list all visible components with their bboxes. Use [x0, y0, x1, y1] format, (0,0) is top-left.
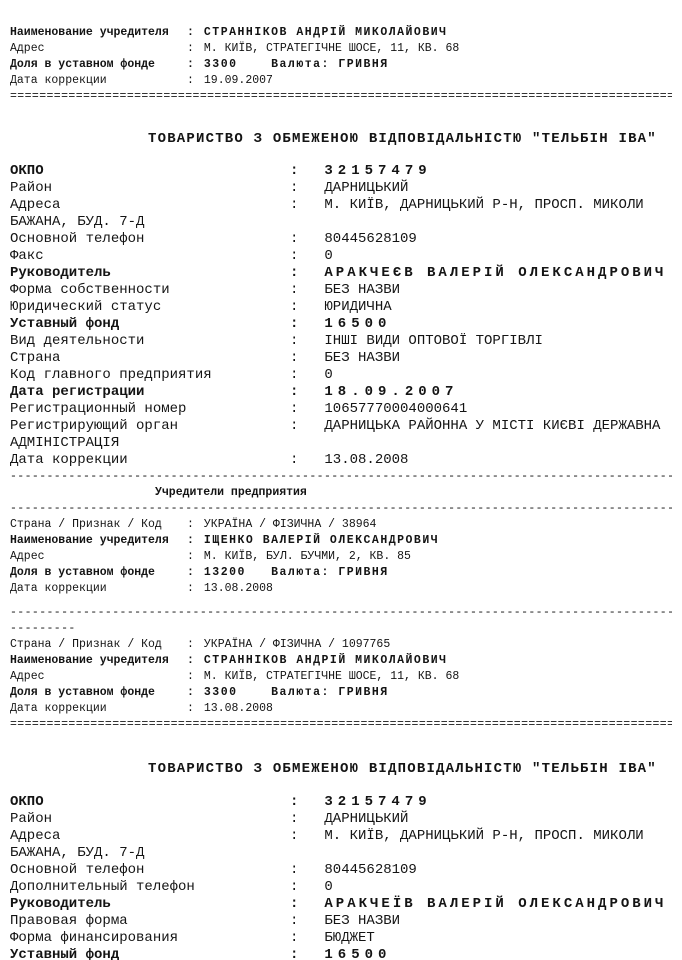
field-value: 18.09.2007 — [324, 384, 458, 401]
field-row: Наименование учредителя:СТРАННІКОВ АНДРІ… — [10, 653, 672, 669]
colon: : — [290, 333, 298, 350]
field-label: Адреса — [10, 197, 290, 214]
field-row: Страна / Признак / Код:УКРАЇНА / ФІЗИЧНА… — [10, 637, 672, 653]
separator-double: ========================================… — [10, 89, 672, 105]
field-value: М. КИЇВ, СТРАТЕГІЧНЕ ШОСЕ, 11, КВ. 68 — [204, 41, 459, 57]
field-label: Адрес — [10, 549, 187, 565]
field-label: Доля в уставном фонде — [10, 565, 187, 581]
field-label: Адрес — [10, 41, 187, 57]
field-label: Адреса — [10, 828, 290, 845]
field-label: Вид деятельности — [10, 333, 290, 350]
colon: : — [187, 533, 194, 549]
field-label: Наименование учредителя — [10, 653, 187, 669]
field-row: Район:ДАРНИЦЬКИЙ — [10, 180, 672, 197]
field-row: Доля в уставном фонде:3300 Валюта: ГРИВН… — [10, 685, 672, 701]
field-row: Правовая форма:БЕЗ НАЗВИ — [10, 913, 672, 930]
separator-dashed-wrap: --------- — [10, 621, 672, 637]
company-title: ТОВАРИСТВО З ОБМЕЖЕНОЮ ВІДПОВІДАЛЬНІСТЮ … — [10, 131, 672, 148]
field-row: Регистрирующий орган:ДАРНИЦЬКА РАЙОННА У… — [10, 418, 672, 435]
field-row: Факс:0 — [10, 248, 672, 265]
colon: : — [290, 947, 298, 960]
field-value: АРАКЧЕЄВ ВАЛЕРІЙ ОЛЕКСАНДРОВИЧ — [324, 265, 666, 282]
field-row: Район:ДАРНИЦЬКИЙ — [10, 811, 672, 828]
field-value: 0 — [324, 367, 332, 384]
field-row: Страна:БЕЗ НАЗВИ — [10, 350, 672, 367]
field-row: Страна / Признак / Код:УКРАЇНА / ФІЗИЧНА… — [10, 517, 672, 533]
field-row: Форма финансирования:БЮДЖЕТ — [10, 930, 672, 947]
field-row: АДМІНІСТРАЦІЯ — [10, 435, 672, 452]
colon: : — [187, 685, 194, 701]
field-value: ДАРНИЦЬКА РАЙОННА У МІСТІ КИЄВІ ДЕРЖАВНА — [324, 418, 660, 435]
field-value: 13.08.2008 — [204, 581, 273, 597]
field-row: Форма собственности:БЕЗ НАЗВИ — [10, 282, 672, 299]
founder-record-2: Страна / Признак / Код:УКРАЇНА / ФІЗИЧНА… — [10, 637, 672, 717]
colon: : — [290, 401, 298, 418]
separator-dashed: ----------------------------------------… — [10, 469, 672, 485]
field-label: Дата коррекции — [10, 73, 187, 89]
field-label: Доля в уставном фонде — [10, 57, 187, 73]
field-row: Основной телефон:80445628109 — [10, 231, 672, 248]
field-row: Дата коррекции:13.08.2008 — [10, 701, 672, 717]
field-row: Код главного предприятия:0 — [10, 367, 672, 384]
field-row: Основной телефон:80445628109 — [10, 862, 672, 879]
field-label: Наименование учредителя — [10, 533, 187, 549]
field-row: Адрес:М. КИЇВ, СТРАТЕГІЧНЕ ШОСЕ, 11, КВ.… — [10, 41, 672, 57]
colon: : — [187, 549, 194, 565]
field-label: Регистрирующий орган — [10, 418, 290, 435]
colon: : — [290, 879, 298, 896]
field-row: Дополнительный телефон:0 — [10, 879, 672, 896]
field-value: БЕЗ НАЗВИ — [324, 350, 400, 367]
colon: : — [187, 517, 194, 533]
founders-section-header: Учредители предприятия — [10, 485, 672, 501]
field-row: БАЖАНА, БУД. 7-Д — [10, 214, 672, 231]
founder-record-1: Страна / Признак / Код:УКРАЇНА / ФІЗИЧНА… — [10, 517, 672, 597]
field-value: 3300 Валюта: ГРИВНЯ — [204, 685, 389, 701]
founder-record-top: Наименование учредителя:СТРАННІКОВ АНДРІ… — [10, 25, 672, 89]
field-label: Руководитель — [10, 896, 290, 913]
field-value: УКРАЇНА / ФІЗИЧНА / 1097765 — [204, 637, 390, 653]
field-value: М. КИЇВ, БУЛ. БУЧМИ, 2, КВ. 85 — [204, 549, 411, 565]
field-row: ОКПО:32157479 — [10, 794, 672, 811]
field-label: ОКПО — [10, 794, 290, 811]
field-value: 32157479 — [324, 163, 431, 180]
field-value: БЮДЖЕТ — [324, 930, 374, 947]
colon: : — [187, 581, 194, 597]
colon: : — [290, 265, 298, 282]
colon: : — [290, 180, 298, 197]
field-value: 80445628109 — [324, 862, 416, 879]
field-label: Доля в уставном фонде — [10, 685, 187, 701]
field-value: ЮРИДИЧНА — [324, 299, 391, 316]
field-value: СТРАННІКОВ АНДРІЙ МИКОЛАЙОВИЧ — [204, 25, 448, 41]
colon: : — [290, 248, 298, 265]
field-value-continuation: АДМІНІСТРАЦІЯ — [10, 435, 119, 452]
field-value: ІЩЕНКО ВАЛЕРІЙ ОЛЕКСАНДРОВИЧ — [204, 533, 439, 549]
field-value: 13.08.2008 — [204, 701, 273, 717]
field-label: Основной телефон — [10, 231, 290, 248]
field-label: Район — [10, 811, 290, 828]
field-value: ДАРНИЦЬКИЙ — [324, 180, 408, 197]
field-label: Форма собственности — [10, 282, 290, 299]
field-row: Наименование учредителя:ІЩЕНКО ВАЛЕРІЙ О… — [10, 533, 672, 549]
colon: : — [187, 637, 194, 653]
colon: : — [290, 163, 298, 180]
colon: : — [290, 350, 298, 367]
field-label: Район — [10, 180, 290, 197]
field-label: Уставный фонд — [10, 947, 290, 960]
colon: : — [187, 41, 194, 57]
colon: : — [290, 811, 298, 828]
field-value-continuation: БАЖАНА, БУД. 7-Д — [10, 214, 144, 231]
field-label: Уставный фонд — [10, 316, 290, 333]
colon: : — [187, 701, 194, 717]
field-label: Дата коррекции — [10, 701, 187, 717]
field-row: Дата коррекции:13.08.2008 — [10, 581, 672, 597]
company-record-2: ОКПО:32157479 Район:ДАРНИЦЬКИЙ Адреса:М.… — [10, 794, 672, 960]
field-value: ДАРНИЦЬКИЙ — [324, 811, 408, 828]
field-value: 13.08.2008 — [324, 452, 408, 469]
field-label: Факс — [10, 248, 290, 265]
field-row: Адреса:М. КИЇВ, ДАРНИЦЬКИЙ Р-Н, ПРОСП. М… — [10, 828, 672, 845]
field-label: Дополнительный телефон — [10, 879, 290, 896]
colon: : — [290, 282, 298, 299]
field-row: Адрес:М. КИЇВ, БУЛ. БУЧМИ, 2, КВ. 85 — [10, 549, 672, 565]
registry-document: Наименование учредителя:СТРАННІКОВ АНДРІ… — [0, 0, 682, 960]
field-row: Дата коррекции:13.08.2008 — [10, 452, 672, 469]
field-value: СТРАННІКОВ АНДРІЙ МИКОЛАЙОВИЧ — [204, 653, 448, 669]
colon: : — [290, 316, 298, 333]
colon: : — [290, 828, 298, 845]
field-label: Страна — [10, 350, 290, 367]
field-value: 32157479 — [324, 794, 431, 811]
field-row: Дата коррекции:19.09.2007 — [10, 73, 672, 89]
field-label: ОКПО — [10, 163, 290, 180]
separator-dashed: ----------------------------------------… — [10, 605, 672, 621]
field-label: Адрес — [10, 669, 187, 685]
field-label: Дата коррекции — [10, 581, 187, 597]
field-row: Уставный фонд:16500 — [10, 947, 672, 960]
colon: : — [187, 565, 194, 581]
colon: : — [187, 669, 194, 685]
colon: : — [290, 197, 298, 214]
field-value: 0 — [324, 248, 332, 265]
field-label: Правовая форма — [10, 913, 290, 930]
field-row: ОКПО:32157479 — [10, 163, 672, 180]
colon: : — [187, 25, 194, 41]
field-value: 13200 Валюта: ГРИВНЯ — [204, 565, 389, 581]
field-label: Код главного предприятия — [10, 367, 290, 384]
colon: : — [187, 57, 194, 73]
field-row: Руководитель:АРАКЧЕЄВ ВАЛЕРІЙ ОЛЕКСАНДРО… — [10, 265, 672, 282]
colon: : — [290, 913, 298, 930]
company-title: ТОВАРИСТВО З ОБМЕЖЕНОЮ ВІДПОВІДАЛЬНІСТЮ … — [10, 761, 672, 778]
field-row: Руководитель:АРАКЧЕЇВ ВАЛЕРІЙ ОЛЕКСАНДРО… — [10, 896, 672, 913]
colon: : — [290, 367, 298, 384]
field-row: Регистрационный номер:10657770004000641 — [10, 401, 672, 418]
field-row: Наименование учредителя:СТРАННІКОВ АНДРІ… — [10, 25, 672, 41]
colon: : — [290, 794, 298, 811]
colon: : — [290, 231, 298, 248]
field-value: БЕЗ НАЗВИ — [324, 282, 400, 299]
field-row: Юридический статус:ЮРИДИЧНА — [10, 299, 672, 316]
field-row: Вид деятельности:ІНШІ ВИДИ ОПТОВОЇ ТОРГІ… — [10, 333, 672, 350]
field-value: 16500 — [324, 316, 391, 333]
colon: : — [290, 299, 298, 316]
field-value: 3300 Валюта: ГРИВНЯ — [204, 57, 389, 73]
company-record-1: ОКПО:32157479 Район:ДАРНИЦЬКИЙ Адреса:М.… — [10, 163, 672, 469]
field-value: 19.09.2007 — [204, 73, 273, 89]
field-value: М. КИЇВ, СТРАТЕГІЧНЕ ШОСЕ, 11, КВ. 68 — [204, 669, 459, 685]
field-label: Руководитель — [10, 265, 290, 282]
field-label: Регистрационный номер — [10, 401, 290, 418]
field-value: АРАКЧЕЇВ ВАЛЕРІЙ ОЛЕКСАНДРОВИЧ — [324, 896, 666, 913]
field-row: Доля в уставном фонде:13200 Валюта: ГРИВ… — [10, 565, 672, 581]
colon: : — [290, 452, 298, 469]
field-value: УКРАЇНА / ФІЗИЧНА / 38964 — [204, 517, 377, 533]
field-value: ІНШІ ВИДИ ОПТОВОЇ ТОРГІВЛІ — [324, 333, 542, 350]
colon: : — [290, 418, 298, 435]
field-label: Дата коррекции — [10, 452, 290, 469]
field-label: Дата регистрации — [10, 384, 290, 401]
field-row: Уставный фонд:16500 — [10, 316, 672, 333]
field-label: Форма финансирования — [10, 930, 290, 947]
separator-double: ========================================… — [10, 717, 672, 733]
colon: : — [290, 862, 298, 879]
field-row: БАЖАНА, БУД. 7-Д — [10, 845, 672, 862]
separator-dashed: ----------------------------------------… — [10, 501, 672, 517]
field-value-continuation: БАЖАНА, БУД. 7-Д — [10, 845, 144, 862]
field-row: Адрес:М. КИЇВ, СТРАТЕГІЧНЕ ШОСЕ, 11, КВ.… — [10, 669, 672, 685]
field-label: Основной телефон — [10, 862, 290, 879]
colon: : — [290, 384, 298, 401]
field-value: М. КИЇВ, ДАРНИЦЬКИЙ Р-Н, ПРОСП. МИКОЛИ — [324, 828, 643, 845]
field-row: Доля в уставном фонде:3300 Валюта: ГРИВН… — [10, 57, 672, 73]
field-label: Страна / Признак / Код — [10, 637, 187, 653]
colon: : — [187, 73, 194, 89]
field-row: Адреса:М. КИЇВ, ДАРНИЦЬКИЙ Р-Н, ПРОСП. М… — [10, 197, 672, 214]
colon: : — [290, 930, 298, 947]
field-value: 10657770004000641 — [324, 401, 467, 418]
field-value: 0 — [324, 879, 332, 896]
field-label: Наименование учредителя — [10, 25, 187, 41]
field-value: 16500 — [324, 947, 391, 960]
field-value: 80445628109 — [324, 231, 416, 248]
colon: : — [290, 896, 298, 913]
field-row: Дата регистрации:18.09.2007 — [10, 384, 672, 401]
field-label: Страна / Признак / Код — [10, 517, 187, 533]
field-value: М. КИЇВ, ДАРНИЦЬКИЙ Р-Н, ПРОСП. МИКОЛИ — [324, 197, 643, 214]
field-value: БЕЗ НАЗВИ — [324, 913, 400, 930]
colon: : — [187, 653, 194, 669]
field-label: Юридический статус — [10, 299, 290, 316]
